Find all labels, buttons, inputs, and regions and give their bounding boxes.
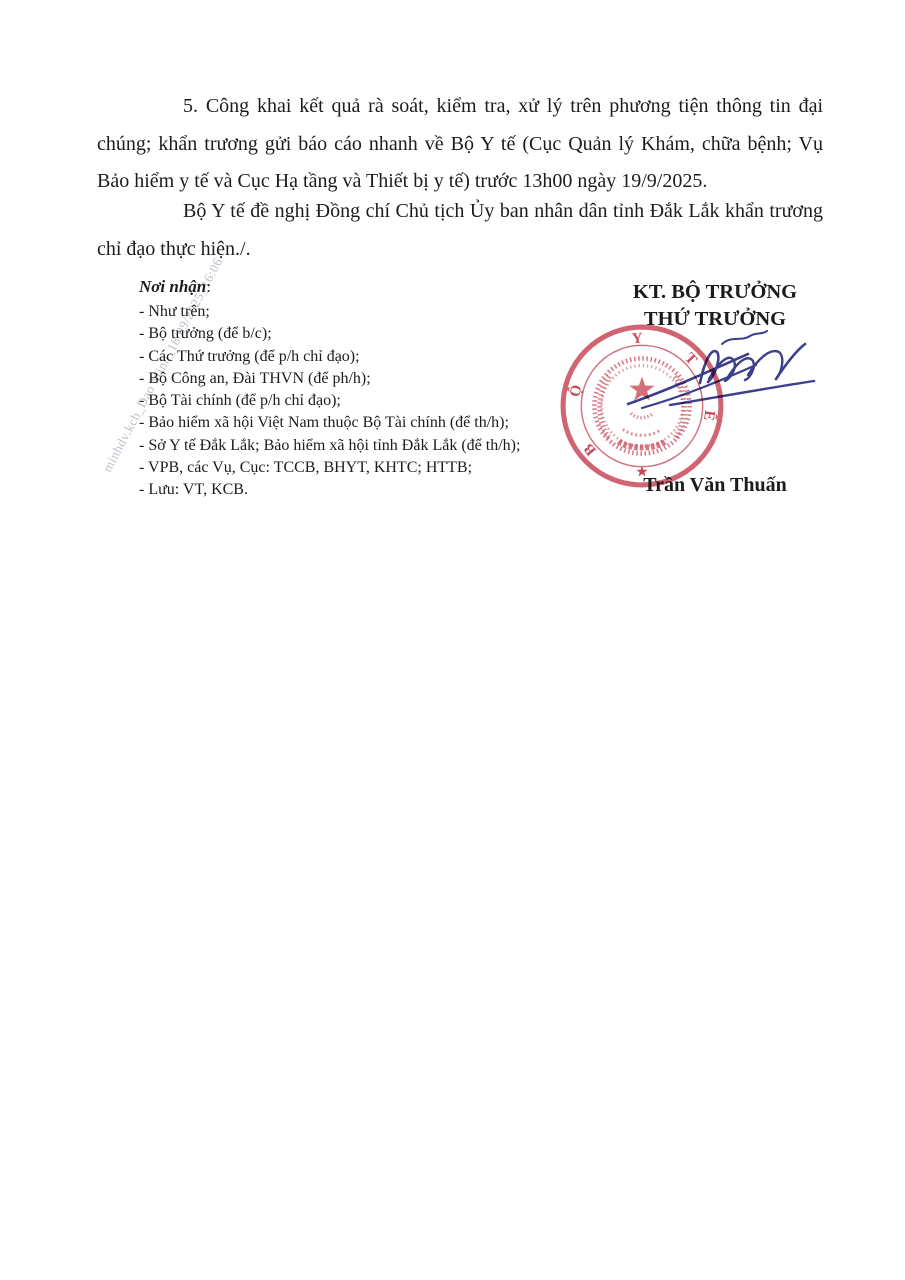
recipient-item: - Bộ trưởng (để b/c); bbox=[139, 323, 579, 345]
handwritten-signature bbox=[588, 323, 828, 435]
recipient-item: - Sở Y tế Đắk Lắk; Bảo hiểm xã hội tỉnh … bbox=[139, 435, 579, 457]
signature-title-line1: KT. BỘ TRƯỞNG bbox=[565, 279, 865, 306]
document-page: minhdv.kcb_Dao Minh_18/09/2025_16:06 5. … bbox=[0, 0, 905, 1280]
signer-name: Trần Văn Thuấn bbox=[565, 474, 865, 497]
recipient-item: - Bộ Tài chính (để p/h chỉ đạo); bbox=[139, 390, 579, 412]
recipient-item: - Bộ Công an, Đài THVN (để ph/h); bbox=[139, 368, 579, 390]
recipients-label-text: Nơi nhận bbox=[139, 277, 206, 296]
recipients-label-colon: : bbox=[206, 277, 211, 296]
recipient-item: - Lưu: VT, KCB. bbox=[139, 479, 579, 501]
seal-letter-b: B bbox=[580, 440, 600, 459]
paragraph-5: 5. Công khai kết quả rà soát, kiểm tra, … bbox=[97, 88, 823, 201]
recipient-item: - VPB, các Vụ, Cục: TCCB, BHYT, KHTC; HT… bbox=[139, 457, 579, 479]
seal-letter-o: Ộ bbox=[566, 383, 585, 399]
recipient-item: - Các Thứ trưởng (để p/h chỉ đạo); bbox=[139, 346, 579, 368]
recipient-item: - Bảo hiểm xã hội Việt Nam thuộc Bộ Tài … bbox=[139, 412, 579, 434]
recipients-block: Nơi nhận: - Như trên; - Bộ trưởng (để b/… bbox=[139, 277, 579, 502]
recipient-item: - Như trên; bbox=[139, 301, 579, 323]
recipients-label: Nơi nhận: bbox=[139, 277, 579, 297]
closing-paragraph: Bộ Y tế đề nghị Đồng chí Chủ tịch Ủy ban… bbox=[97, 193, 823, 268]
